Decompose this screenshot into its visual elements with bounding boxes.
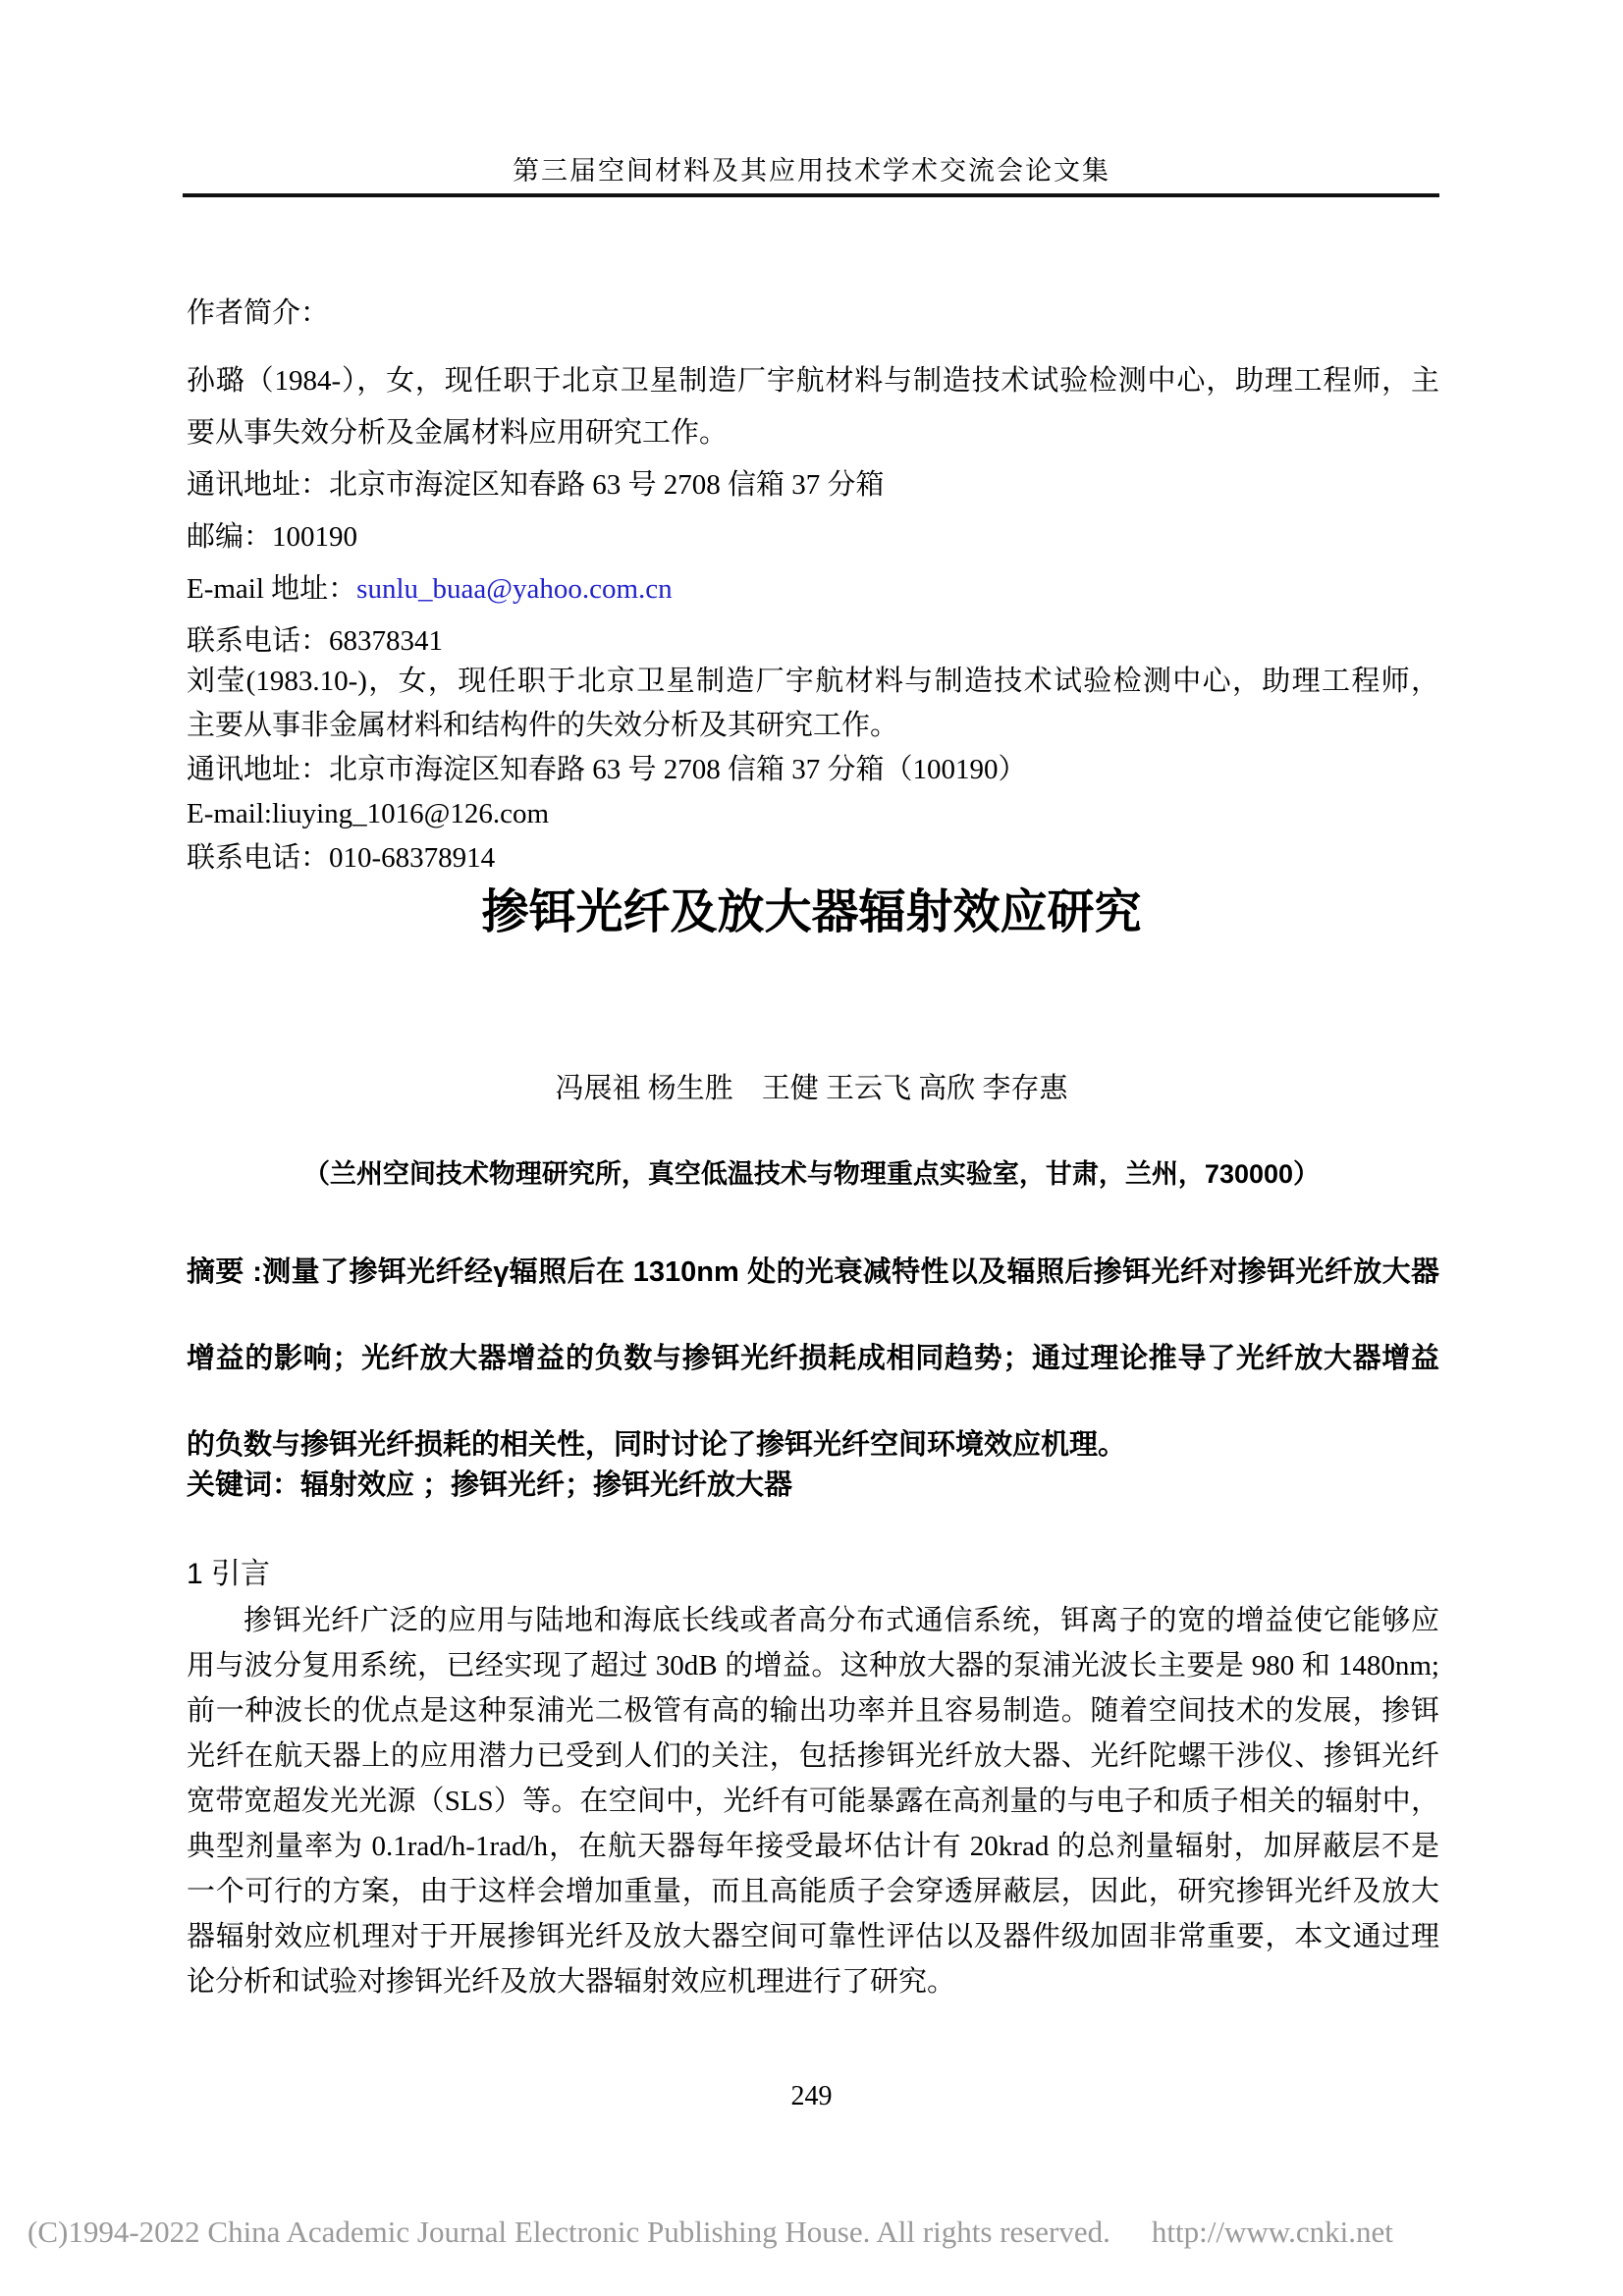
body-line-2: 用与波分复用系统，已经实现了超过 30dB 的增益。这种放大器的泵浦光波长主要是… [187, 1643, 1439, 1688]
footer-copyright: (C)1994-2022 China Academic Journal Elec… [27, 2215, 1110, 2249]
section1-body: 掺铒光纤广泛的应用与陆地和海底长线或者高分布式通信系统，铒离子的宽的增益使它能够… [187, 1598, 1439, 2004]
body-line-4: 光纤在航天器上的应用潜力已受到人们的关注，包括掺铒光纤放大器、光纤陀螺干涉仪、掺… [187, 1734, 1439, 1779]
body-line-7: 一个可行的方案，由于这样会增加重量，而且高能质子会穿透屏蔽层，因此，研究掺铒光纤… [187, 1869, 1439, 1914]
body-line-3: 前一种波长的优点是这种泵浦光二极管有高的输出功率并且容易制造。随着空间技术的发展… [187, 1688, 1439, 1734]
author1-email-line: E-mail 地址：sunlu_buaa@yahoo.com.cn [187, 563, 1439, 615]
paper-authors: 冯展祖 杨生胜 王健 王云飞 高欣 李存惠 [0, 1066, 1623, 1106]
author1-email-label: E-mail 地址： [187, 573, 356, 605]
body-line-5: 宽带宽超发光光源（SLS）等。在空间中，光纤有可能暴露在高剂量的与电子和质子相关… [187, 1779, 1439, 1824]
author1-bio-line2: 要从事失效分析及金属材料应用研究工作。 [187, 407, 1439, 459]
body-line-6: 典型剂量率为 0.1rad/h-1rad/h，在航天器每年接受最坏估计有 20k… [187, 1824, 1439, 1869]
abstract-block: 摘要 :测量了掺铒光纤经γ辐照后在 1310nm 处的光衰减特性以及辐照后掺铒光… [187, 1229, 1439, 1488]
section1-heading: 1 引言 [187, 1549, 270, 1592]
author1-postcode: 邮编：100190 [187, 511, 1439, 563]
author2-email-link[interactable]: E-mail:liuying_1016@126.com [187, 792, 1439, 836]
author1-bio-block: 孙璐（1984-），女，现任职于北京卫星制造厂宇航材料与制造技术试验检测中心，助… [187, 355, 1439, 667]
footer-url-link[interactable]: http://www.cnki.net [1152, 2215, 1393, 2249]
author1-bio-line1: 孙璐（1984-），女，现任职于北京卫星制造厂宇航材料与制造技术试验检测中心，助… [187, 355, 1439, 407]
paper-title: 掺铒光纤及放大器辐射效应研究 [0, 874, 1623, 941]
author-intro-heading: 作者简介： [187, 291, 329, 331]
abstract-line-1: 摘要 :测量了掺铒光纤经γ辐照后在 1310nm 处的光衰减特性以及辐照后掺铒光… [187, 1229, 1439, 1315]
body-line-9: 论分析和试验对掺铒光纤及放大器辐射效应机理进行了研究。 [187, 1959, 1439, 2004]
document-page: 第三届空间材料及其应用技术学术交流会论文集 作者简介： 孙璐（1984-），女，… [0, 0, 1623, 2296]
page-header-title: 第三届空间材料及其应用技术学术交流会论文集 [0, 149, 1623, 187]
page-number: 249 [0, 2081, 1623, 2112]
keywords-line: 关键词：辐射效应 ；掺铒光纤；掺铒光纤放大器 [187, 1463, 1439, 1503]
abstract-line-2: 增益的影响；光纤放大器增益的负数与掺铒光纤损耗成相同趋势；通过理论推导了光纤放大… [187, 1315, 1439, 1402]
body-line-1: 掺铒光纤广泛的应用与陆地和海底长线或者高分布式通信系统，铒离子的宽的增益使它能够… [187, 1598, 1439, 1643]
author1-email-link[interactable]: sunlu_buaa@yahoo.com.cn [356, 573, 672, 605]
body-line-8: 器辐射效应机理对于开展掺铒光纤及放大器空间可靠性评估以及器件级加固非常重要，本文… [187, 1914, 1439, 1959]
header-divider [183, 193, 1439, 197]
author2-bio-line2: 主要从事非金属材料和结构件的失效分析及其研究工作。 [187, 704, 1439, 748]
author2-bio-block: 刘莹(1983.10-)，女，现任职于北京卫星制造厂宇航材料与制造技术试验检测中… [187, 660, 1439, 881]
paper-affiliation: （兰州空间技术物理研究所，真空低温技术与物理重点实验室，甘肃，兰州，730000… [0, 1152, 1623, 1191]
author1-address: 通讯地址：北京市海淀区知春路 63 号 2708 信箱 37 分箱 [187, 459, 1439, 511]
author2-bio-line1: 刘莹(1983.10-)，女，现任职于北京卫星制造厂宇航材料与制造技术试验检测中… [187, 660, 1439, 704]
page-footer: (C)1994-2022 China Academic Journal Elec… [27, 2215, 1598, 2250]
author2-address: 通讯地址：北京市海淀区知春路 63 号 2708 信箱 37 分箱（100190… [187, 748, 1439, 792]
